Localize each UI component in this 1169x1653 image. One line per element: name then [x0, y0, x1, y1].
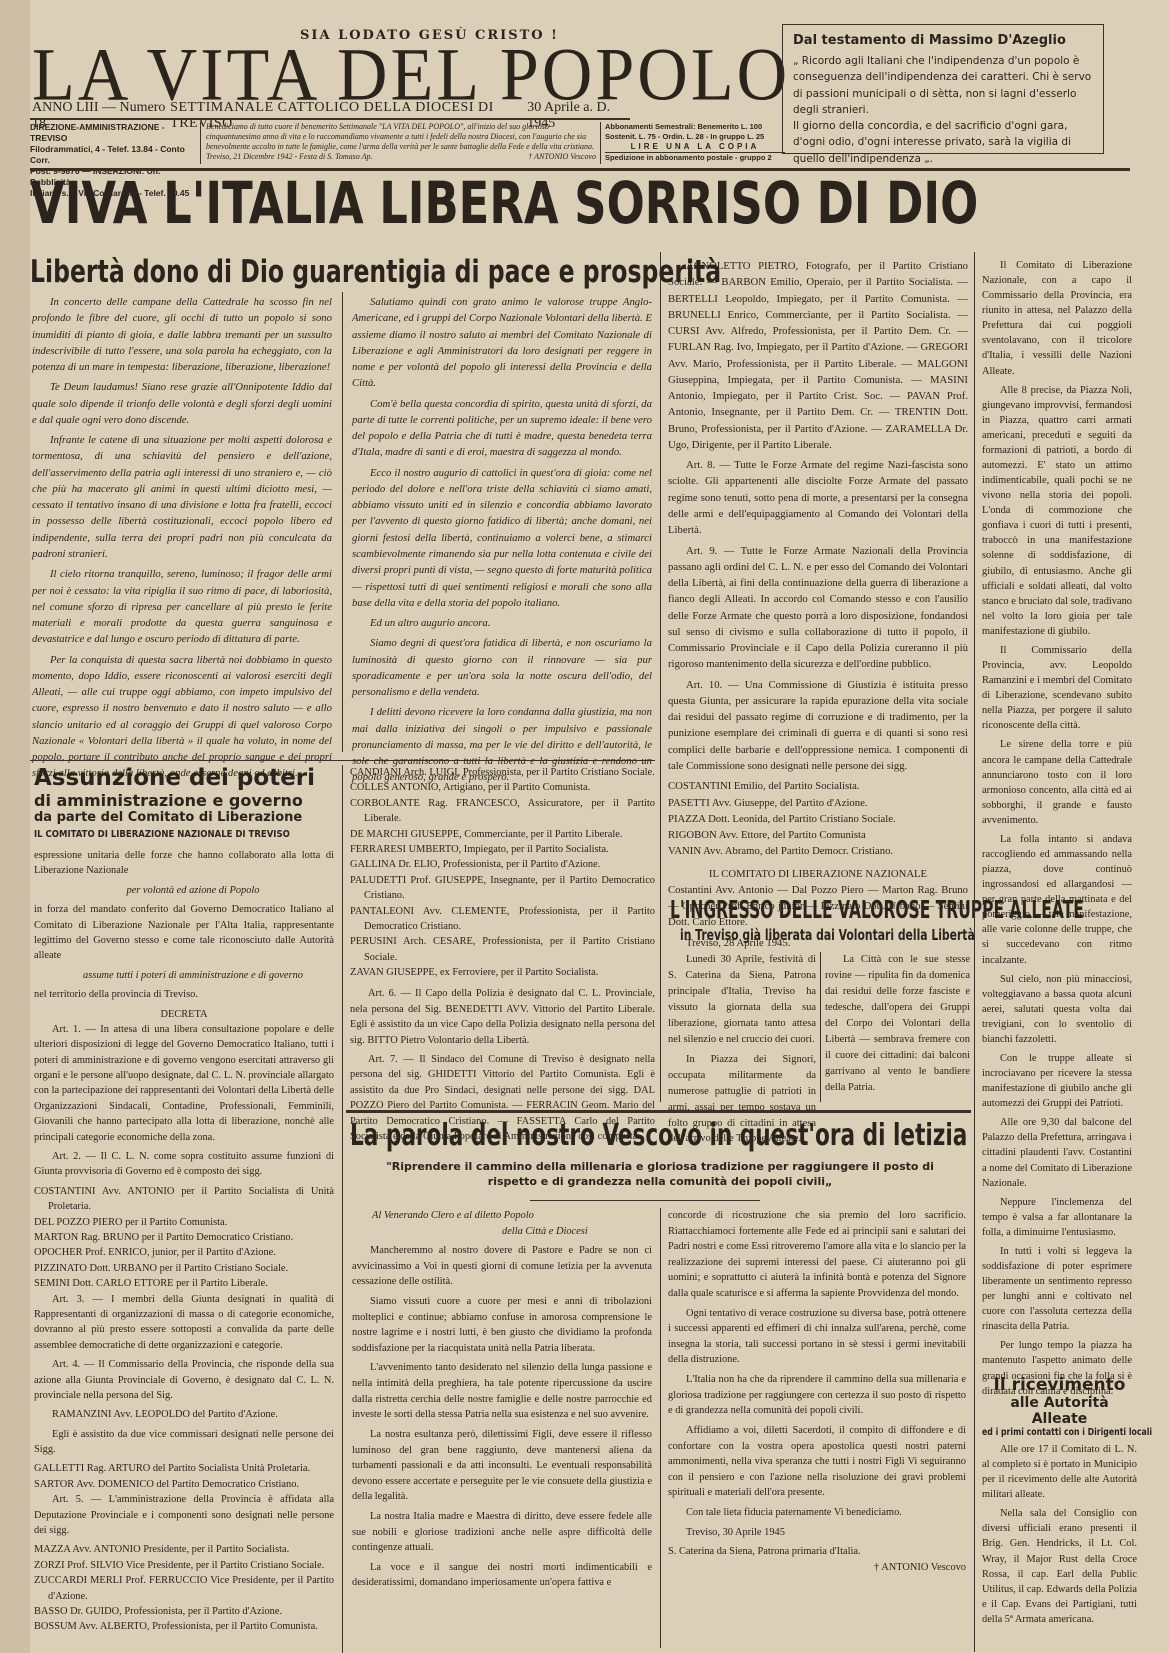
name-entry: SARTOR Avv. DOMENICO del Partito Democra… [34, 1477, 334, 1492]
name-entry: PASETTI Avv. Giuseppe, del Partito d'Azi… [668, 795, 968, 811]
paragraph: nel territorio della provincia di Trevis… [34, 987, 334, 1002]
newspaper-page: SIA LODATO GESÙ CRISTO ! LA VITA DEL POP… [30, 0, 1169, 1653]
paragraph: Ed un altro augurio ancora. [352, 615, 652, 631]
paragraph: La voce e il sangue dei nostri morti ind… [352, 1560, 652, 1591]
paragraph: Con tale lieta fiducia paternamente Vi b… [668, 1505, 966, 1521]
article-5: Art. 5. — L'amministrazione della Provin… [34, 1492, 334, 1538]
paragraph: La nostra esultanza però, dilettissimi F… [352, 1427, 652, 1505]
paragraph: Alle ore 9,30 dal balcone del Palazzo de… [982, 1115, 1132, 1190]
paragraph: Sul cielo, non più minacciosi, volteggia… [982, 972, 1132, 1047]
paragraph: per volontà ed azione di Popolo [34, 883, 334, 898]
paragraph: Il Commissario della Provincia, avv. Leo… [982, 643, 1132, 733]
editorial-column-1: In concerto delle campane della Cattedra… [32, 294, 332, 786]
name-entry: COSTANTINI Avv. ANTONIO per il Partito S… [34, 1184, 334, 1215]
name-entry: FERRARESI UMBERTO, Impiegato, per il Par… [350, 842, 655, 857]
name-entry: ZUCCARDI MERLI Prof. FERRUCCIO Vice Pres… [34, 1573, 334, 1604]
paragraph: Ecco il nostro augurio di cattolici in q… [352, 465, 652, 611]
name-entry: VANIN Avv. Abramo, del Partito Democr. C… [668, 843, 968, 859]
paragraph: Affidiamo a voi, diletti Sacerdoti, il c… [668, 1423, 966, 1501]
letter-date: Treviso, 30 Aprile 1945 [668, 1525, 966, 1541]
page-spine-edge [0, 0, 32, 1653]
article-9: Art. 9. — Tutte le Forze Armate Nazional… [668, 543, 968, 673]
reception-title: Il ricevimento [982, 1375, 1137, 1395]
decree-title: Assunzione dei poteri [34, 765, 334, 791]
name-entry: BASSO Dr. GUIDO, Professionista, per il … [34, 1604, 334, 1619]
paragraph: Con le truppe alleate si incrociavano pe… [982, 1051, 1132, 1111]
name-entry: GALLINA Dr. ELIO, Professionista, per il… [350, 857, 655, 872]
paragraph: L'Italia non ha che da riprendere il cam… [668, 1372, 966, 1419]
name-entry: PANTALEONI Avv. CLEMENTE, Professionista… [350, 904, 655, 935]
decree-committee: IL COMITATO DI LIBERAZIONE NAZIONALE DI … [34, 829, 289, 840]
article-3: Art. 3. — I membri della Giunta designat… [34, 1292, 334, 1354]
bishop-column-2: concorde di ricostruzione che sia premio… [668, 1208, 966, 1575]
paragraph: Siamo vissuti cuore a cuore per mesi e a… [352, 1294, 652, 1356]
paragraph: Te Deum laudamus! Siano rese grazie all'… [32, 379, 332, 428]
paragraph: La folla intanto si andava raccogliendo … [982, 832, 1132, 968]
address-line: Filodrammatici, 4 - Telef. 13.84 - Conto… [30, 144, 195, 166]
paragraph: Com'è bella questa concordia di spirito,… [352, 396, 652, 461]
testament-text: Il giorno della concordia, e del sacrifi… [793, 118, 1093, 167]
subscription-box: Abbonamenti Semestrali: Benemerito L. 10… [605, 122, 785, 163]
name-entry: OPOCHER Prof. ENRICO, junior, per il Par… [34, 1245, 334, 1260]
troops-column-2: La Città con le sue stesse rovine — ripu… [825, 952, 970, 1100]
paragraph: La nostra Italia madre e Maestra di diri… [352, 1509, 652, 1556]
name-entry: PALUDETTI Prof. GIUSEPPE, Insegnante, pe… [350, 873, 655, 904]
article-10: Art. 10. — Una Commissione di Giustizia … [668, 677, 968, 775]
section-rule [30, 760, 655, 761]
paragraph: Ogni tentativo di verace costruzione su … [668, 1306, 966, 1368]
reception-title: alle Autorità Alleate [982, 1395, 1137, 1427]
decree-column-3: AGNOLETTO PIETRO, Fotografo, per il Part… [668, 258, 968, 955]
name-entry: DE MARCHI GIUSEPPE, Commerciante, per il… [350, 827, 655, 842]
name-entry: RAMANZINI Avv. LEOPOLDO del Partito d'Az… [34, 1407, 334, 1422]
name-entry: SEMINI Dott. CARLO ETTORE per il Partito… [34, 1276, 334, 1291]
column-divider [974, 252, 975, 1652]
column-divider [342, 292, 343, 752]
paragraph: In concerto delle campane della Cattedra… [32, 294, 332, 375]
paragraph: concorde di ricostruzione che sia premio… [668, 1208, 966, 1302]
paragraph: Il cielo ritorna tranquillo, sereno, lum… [32, 566, 332, 647]
subscription-line: Sostenit. L. 75 - Ordin. L. 28 - In grup… [605, 132, 785, 142]
council-members: AGNOLETTO PIETRO, Fotografo, per il Part… [668, 258, 968, 453]
name-entry: MARTON Rag. BRUNO per il Partito Democra… [34, 1230, 334, 1245]
paragraph: Alle 8 precise, da Piazza Noli, giungeva… [982, 383, 1132, 639]
main-headline: VIVA L'ITALIA LIBERA SORRISO DI DIO [30, 172, 1010, 236]
paragraph: La Città con le sue stesse rovine — ripu… [825, 952, 970, 1096]
name-entry: ZAVAN GIUSEPPE, ex Ferroviere, per il Pa… [350, 965, 655, 980]
reception-article: Il ricevimento alle Autorità Alleate ed … [982, 1375, 1137, 1631]
address-line: DIREZIONE-AMMINISTRAZIONE - TREVISO [30, 122, 195, 144]
paragraph: assume tutti i poteri di amministrazione… [34, 968, 334, 983]
editorial-column-2: Salutiamo quindi con grato animo le valo… [352, 294, 652, 790]
letter-feast: S. Caterina da Siena, Patrona primaria d… [668, 1544, 966, 1560]
article-8: Art. 8. — Tutte le Forze Armate del regi… [668, 457, 968, 538]
troops-subheadline: in Treviso già liberata dai Volontari de… [680, 926, 975, 944]
bishop-column-1: Al Venerando Clero e al diletto Popolo d… [352, 1208, 652, 1595]
name-entry: RIGOBON Avv. Ettore, del Partito Comunis… [668, 827, 968, 843]
postal-info: Spedizione in abbonamento postale - grup… [605, 153, 785, 163]
azeglio-testament-box: Dal testamento di Massimo D'Azeglio „ Ri… [782, 24, 1104, 154]
paragraph: in forza del mandato conferito dal Gover… [34, 902, 334, 964]
paragraph: Egli è assistito da due vice commissari … [34, 1427, 334, 1458]
section-rule [346, 1110, 971, 1113]
paragraph: In tutti i volti si leggeva la soddisfaz… [982, 1244, 1132, 1334]
name-entry: GALLETTI Rag. ARTURO del Partito Sociali… [34, 1461, 334, 1476]
paragraph: Il Comitato di Liberazione Nazionale, co… [982, 258, 1132, 379]
paragraph: L'avvenimento tanto desiderato nel silen… [352, 1360, 652, 1422]
decree-title: di amministrazione e governo [34, 791, 334, 810]
name-entry: COLLES ANTONIO, Artigiano, per il Partit… [350, 780, 655, 795]
paragraph: Per la conquista di questa sacra libertà… [32, 652, 332, 782]
article-1: Art. 1. — In attesa di una libera consul… [34, 1022, 334, 1145]
paragraph: Alle ore 17 il Comitato di L. N. al comp… [982, 1442, 1137, 1502]
paragraph: Le sirene della torre e più ancora le ca… [982, 737, 1132, 827]
column-divider [820, 952, 821, 1102]
column-divider [660, 252, 661, 1102]
blessing-text: Benediciamo di tutto cuore il benemerito… [206, 122, 596, 152]
paragraph: Neppure l'inclemenza del tempo è valsa a… [982, 1195, 1132, 1240]
name-entry: PIZZINATO Dott. URBANO per il Partito Cr… [34, 1261, 334, 1276]
article-6: Art. 6. — Il Capo della Polizia è design… [350, 986, 655, 1048]
bishop-blessing-box: Benediciamo di tutto cuore il benemerito… [206, 122, 596, 162]
subtitle-rule [530, 1200, 760, 1201]
name-entry: ZORZI Prof. SILVIO Vice Presidente, per … [34, 1558, 334, 1573]
name-entry: PIAZZA Dott. Leonida, del Partito Cristi… [668, 811, 968, 827]
article-4: Art. 4. — Il Commissario della Provincia… [34, 1357, 334, 1403]
name-entry: CORBOLANTE Rag. FRANCESCO, Assicuratore,… [350, 796, 655, 827]
copy-price: LIRE UNA LA COPIA [605, 142, 785, 153]
bishop-subtitle: "Riprendere il cammino della millenaria … [375, 1160, 945, 1190]
blessing-place: Treviso, 21 Dicembre 1942 - Festa di S. … [206, 152, 373, 162]
paragraph: espressione unitaria delle forze che han… [34, 848, 334, 879]
paragraph: Salutiamo quindi con grato animo le valo… [352, 294, 652, 392]
committee-signoff-title: IL COMITATO DI LIBERAZIONE NAZIONALE [668, 866, 968, 882]
bishop-signature: † ANTONIO Vescovo [668, 1560, 966, 1576]
blessing-signature: † ANTONIO Vescovo [528, 152, 596, 162]
testament-title: Dal testamento di Massimo D'Azeglio [793, 31, 1093, 51]
decree-column-1: espressione unitaria delle forze che han… [34, 848, 334, 1635]
divider [200, 122, 201, 164]
salutation: Al Venerando Clero e al diletto Popolo [352, 1208, 652, 1224]
decree-heading: Assunzione dei poteri di amministrazione… [34, 765, 334, 842]
masthead-rule [30, 118, 630, 120]
column-divider [660, 1208, 661, 1648]
decree-column-2: CANDIANI Arch. LUIGI, Professionista, pe… [350, 765, 655, 1148]
article-2: Art. 2. — Il C. L. N. come sopra costitu… [34, 1149, 334, 1180]
decree-title: da parte del Comitato di Liberazione [34, 810, 334, 825]
paragraph: Lunedì 30 Aprile, festività di S. Cateri… [668, 952, 816, 1048]
name-entry: CANDIANI Arch. LUIGI, Professionista, pe… [350, 765, 655, 780]
decreta-heading: DECRETA [34, 1007, 334, 1022]
bishop-title: La parola del nostro Vescovo in quest'or… [350, 1118, 967, 1153]
subscription-line: Abbonamenti Semestrali: Benemerito L. 10… [605, 122, 785, 132]
name-entry: COSTANTINI Emilio, del Partito Socialist… [668, 778, 968, 794]
paragraph: Nella sala del Consiglio con diversi uff… [982, 1506, 1137, 1627]
divider [600, 122, 601, 164]
troops-column-3: Il Comitato di Liberazione Nazionale, co… [982, 258, 1132, 1403]
paragraph: Infrante le catene di una situazione per… [32, 432, 332, 562]
salutation: della Città e Diocesi [352, 1224, 652, 1240]
testament-text: „ Ricordo agli Italiani che l'indipenden… [793, 53, 1093, 118]
name-entry: MAZZA Avv. ANTONIO Presidente, per il Pa… [34, 1542, 334, 1557]
column-divider [342, 765, 343, 1653]
name-entry: DEL POZZO PIERO per il Partito Comunista… [34, 1215, 334, 1230]
paragraph: Siamo degni di quest'ora fatidica di lib… [352, 635, 652, 700]
paragraph: Mancheremmo al nostro dovere di Pastore … [352, 1243, 652, 1290]
name-entry: PERUSINI Arch. CESARE, Professionista, p… [350, 934, 655, 965]
name-entry: BOSSUM Avv. ALBERTO, Professionista, per… [34, 1619, 334, 1634]
justice-commission-list: COSTANTINI Emilio, del Partito Socialist… [668, 778, 968, 859]
editorial-title: Libertà dono di Dio guarentigia di pace … [30, 254, 721, 290]
reception-subtitle: ed i primi contatti con i Dirigenti loca… [982, 1427, 1103, 1438]
